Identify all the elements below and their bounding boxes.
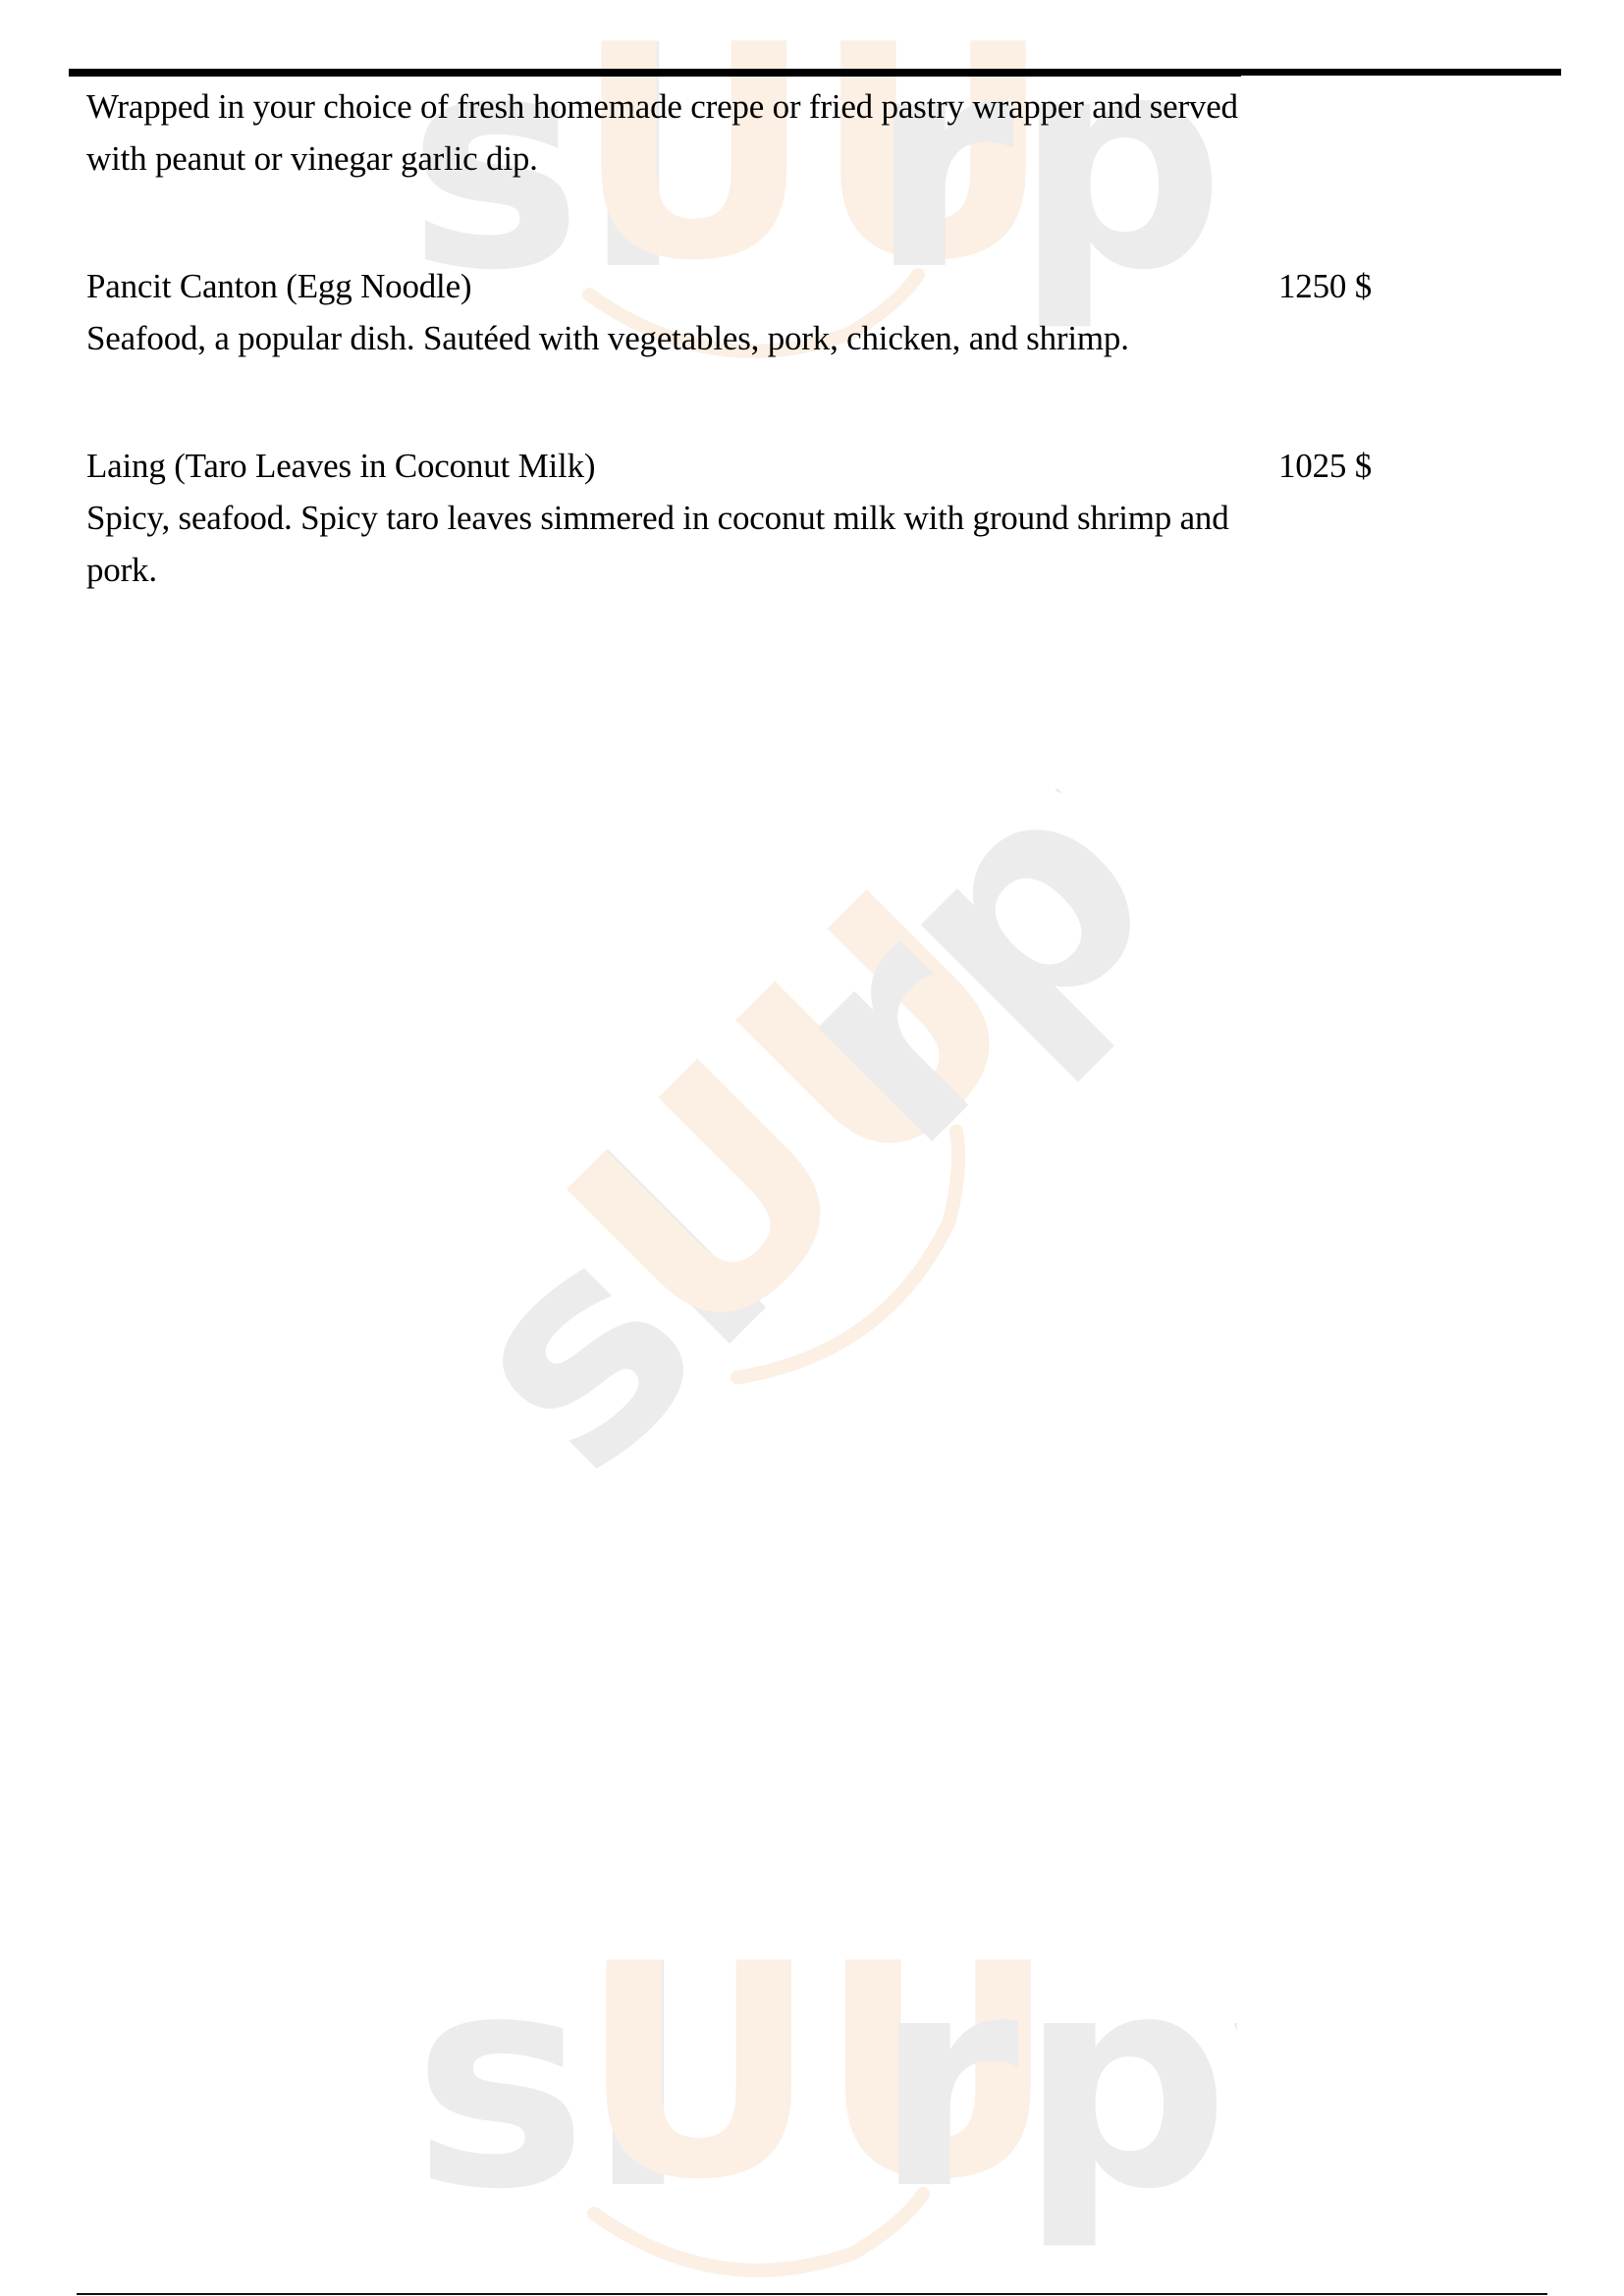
menu-item-description: Seafood, a popular dish. Sautéed with ve…	[86, 312, 1245, 364]
menu-item: Wrapped in your choice of fresh homemade…	[86, 80, 1559, 185]
menu-item-description: Wrapped in your choice of fresh homemade…	[86, 80, 1245, 185]
menu-item-title: Laing (Taro Leaves in Coconut Milk)	[86, 440, 1245, 492]
svg-text:sl: sl	[428, 1096, 833, 1534]
menu-item-text: Wrapped in your choice of fresh homemade…	[86, 80, 1245, 185]
menu-item-description: Spicy, seafood. Spicy taro leaves simmer…	[86, 492, 1245, 596]
svg-text:sl: sl	[412, 1958, 688, 2254]
svg-text:UU: UU	[579, 1958, 1057, 2244]
menu-item: Laing (Taro Leaves in Coconut Milk) Spic…	[86, 440, 1559, 596]
menu-list: Wrapped in your choice of fresh homemade…	[86, 79, 1559, 596]
slurpy-watermark-logo-bottom: sl UU rpy	[412, 1958, 1237, 2282]
menu-item-price: 1250 $	[1278, 260, 1372, 312]
top-rule	[69, 69, 1241, 77]
menu-item-price: 1025 $	[1278, 440, 1372, 492]
svg-text:rpy: rpy	[722, 742, 1241, 1207]
menu-item: Pancit Canton (Egg Noodle) Seafood, a po…	[86, 260, 1559, 364]
menu-item-text: Laing (Taro Leaves in Coconut Milk) Spic…	[86, 440, 1245, 596]
bottom-rule	[77, 2293, 1547, 2295]
menu-item-title: Pancit Canton (Egg Noodle)	[86, 260, 1245, 312]
slurpy-watermark-logo-rotated: sl UU rpy	[428, 742, 1240, 1554]
svg-text:rpy: rpy	[874, 1958, 1237, 2254]
top-rule-price-column	[1241, 69, 1561, 76]
svg-text:UU: UU	[507, 829, 1087, 1410]
menu-item-text: Pancit Canton (Egg Noodle) Seafood, a po…	[86, 260, 1245, 364]
